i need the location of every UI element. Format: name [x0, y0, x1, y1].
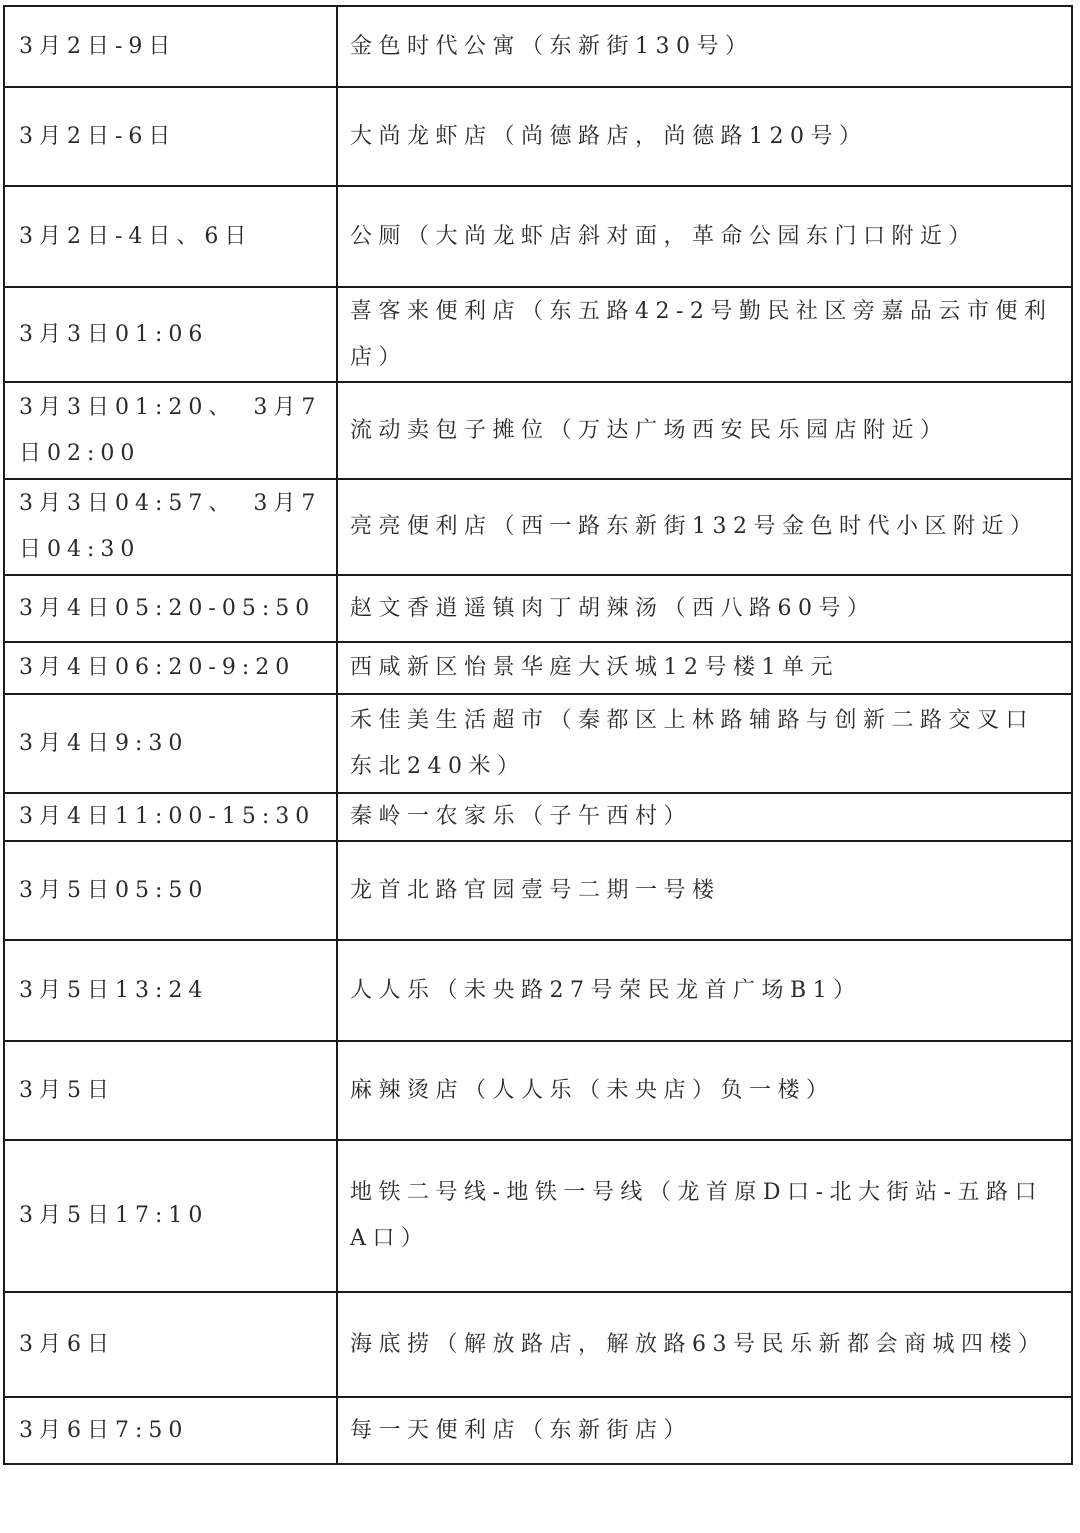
- time-cell: 3月5日13:24: [4, 940, 337, 1041]
- place-cell: 麻辣烫店（人人乐（未央店）负一楼）: [337, 1041, 1072, 1140]
- place-cell: 喜客来便利店（东五路42-2号勤民社区旁嘉品云市便利店）: [337, 287, 1072, 382]
- place-cell: 流动卖包子摊位（万达广场西安民乐园店附近）: [337, 382, 1072, 479]
- table-row: 3月5日 麻辣烫店（人人乐（未央店）负一楼）: [4, 1041, 1072, 1140]
- itinerary-table: 3月2日-9日 金色时代公寓（东新街130号） 3月2日-6日 大尚龙虾店（尚德…: [3, 5, 1073, 1465]
- place-cell: 地铁二号线-地铁一号线（龙首原D口-北大街站-五路口A口）: [337, 1140, 1072, 1292]
- time-cell: 3月6日: [4, 1292, 337, 1397]
- table-row: 3月2日-9日 金色时代公寓（东新街130号）: [4, 6, 1072, 87]
- place-cell: 禾佳美生活超市（秦都区上林路辅路与创新二路交叉口东北240米）: [337, 694, 1072, 793]
- place-cell: 公厕（大尚龙虾店斜对面，革命公园东门口附近）: [337, 186, 1072, 287]
- place-cell: 海底捞（解放路店，解放路63号民乐新都会商城四楼）: [337, 1292, 1072, 1397]
- table-row: 3月2日-4日、6日 公厕（大尚龙虾店斜对面，革命公园东门口附近）: [4, 186, 1072, 287]
- place-cell: 每一天便利店（东新街店）: [337, 1397, 1072, 1464]
- table-row: 3月4日06:20-9:20 西咸新区怡景华庭大沃城12号楼1单元: [4, 642, 1072, 694]
- place-cell: 大尚龙虾店（尚德路店，尚德路120号）: [337, 87, 1072, 186]
- table-row: 3月4日05:20-05:50 赵文香逍遥镇肉丁胡辣汤（西八路60号）: [4, 575, 1072, 642]
- table-row: 3月6日7:50 每一天便利店（东新街店）: [4, 1397, 1072, 1464]
- time-cell: 3月5日17:10: [4, 1140, 337, 1292]
- table-row: 3月2日-6日 大尚龙虾店（尚德路店，尚德路120号）: [4, 87, 1072, 186]
- time-cell: 3月3日04:57、 3月7日04:30: [4, 479, 337, 575]
- table-row: 3月6日 海底捞（解放路店，解放路63号民乐新都会商城四楼）: [4, 1292, 1072, 1397]
- place-cell: 亮亮便利店（西一路东新街132号金色时代小区附近）: [337, 479, 1072, 575]
- time-cell: 3月2日-4日、6日: [4, 186, 337, 287]
- place-cell: 西咸新区怡景华庭大沃城12号楼1单元: [337, 642, 1072, 694]
- place-cell: 金色时代公寓（东新街130号）: [337, 6, 1072, 87]
- time-cell: 3月4日11:00-15:30: [4, 793, 337, 841]
- table-row: 3月3日01:20、 3月7日02:00 流动卖包子摊位（万达广场西安民乐园店附…: [4, 382, 1072, 479]
- table-row: 3月5日17:10 地铁二号线-地铁一号线（龙首原D口-北大街站-五路口A口）: [4, 1140, 1072, 1292]
- table-row: 3月4日11:00-15:30 秦岭一农家乐（子午西村）: [4, 793, 1072, 841]
- time-cell: 3月5日: [4, 1041, 337, 1140]
- time-cell: 3月2日-9日: [4, 6, 337, 87]
- time-cell: 3月5日05:50: [4, 841, 337, 940]
- time-cell: 3月4日05:20-05:50: [4, 575, 337, 642]
- time-cell: 3月3日01:06: [4, 287, 337, 382]
- table-row: 3月4日9:30 禾佳美生活超市（秦都区上林路辅路与创新二路交叉口东北240米）: [4, 694, 1072, 793]
- table-row: 3月5日05:50 龙首北路官园壹号二期一号楼: [4, 841, 1072, 940]
- place-cell: 赵文香逍遥镇肉丁胡辣汤（西八路60号）: [337, 575, 1072, 642]
- time-cell: 3月6日7:50: [4, 1397, 337, 1464]
- time-cell: 3月4日06:20-9:20: [4, 642, 337, 694]
- time-cell: 3月4日9:30: [4, 694, 337, 793]
- place-cell: 人人乐（未央路27号荣民龙首广场B1）: [337, 940, 1072, 1041]
- table-row: 3月5日13:24 人人乐（未央路27号荣民龙首广场B1）: [4, 940, 1072, 1041]
- table-row: 3月3日01:06 喜客来便利店（东五路42-2号勤民社区旁嘉品云市便利店）: [4, 287, 1072, 382]
- place-cell: 龙首北路官园壹号二期一号楼: [337, 841, 1072, 940]
- table-row: 3月3日04:57、 3月7日04:30 亮亮便利店（西一路东新街132号金色时…: [4, 479, 1072, 575]
- time-cell: 3月2日-6日: [4, 87, 337, 186]
- place-cell: 秦岭一农家乐（子午西村）: [337, 793, 1072, 841]
- time-cell: 3月3日01:20、 3月7日02:00: [4, 382, 337, 479]
